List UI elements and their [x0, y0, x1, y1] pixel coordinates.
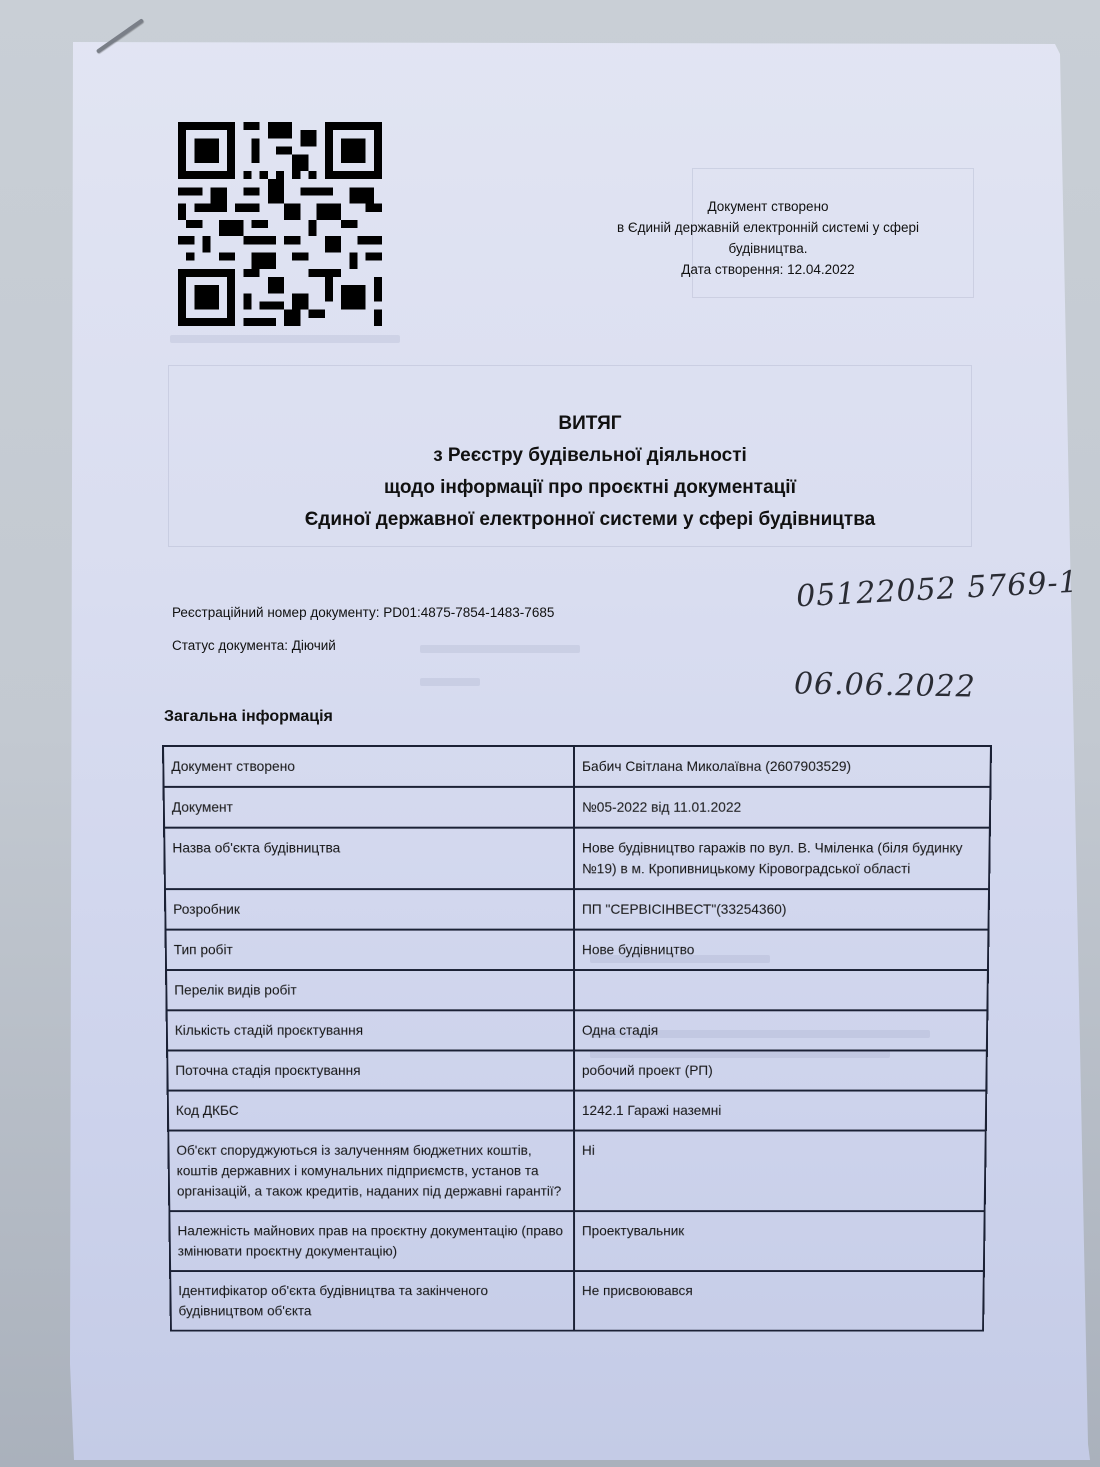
table-row: Ідентифікатор об'єкта будівництва та зак… — [170, 1271, 984, 1331]
row-value: 1242.1 Гаражі наземні — [574, 1091, 986, 1131]
title-line: щодо інформації про проєктні документаці… — [230, 472, 950, 504]
row-value: Бабич Світлана Миколаївна (2607903529) — [574, 746, 991, 787]
creation-note-line: Документ створено — [598, 196, 938, 217]
row-value — [574, 970, 988, 1010]
document-title: ВИТЯГ з Реєстру будівельної діяльності щ… — [230, 408, 950, 536]
table-row: РозробникПП "СЕРВІСІНВЕСТ"(33254360) — [165, 889, 989, 930]
row-label: Належність майнових прав на проєктну док… — [169, 1211, 574, 1271]
section-title-general-info: Загальна інформація — [164, 708, 333, 726]
row-label: Документ — [164, 787, 574, 828]
show-through-line — [420, 678, 480, 686]
show-through-line — [420, 645, 580, 653]
row-label: Кількість стадій проєктування — [167, 1010, 574, 1050]
registration-number: Реєстраційний номер документу: PD01:4875… — [172, 605, 554, 620]
show-through-line — [170, 335, 400, 343]
general-info-table: Документ створеноБабич Світлана Миколаїв… — [162, 745, 992, 1332]
document-status: Статус документа: Діючий — [172, 638, 336, 653]
row-value: Проектувальник — [574, 1211, 985, 1271]
table-row: Документ створеноБабич Світлана Миколаїв… — [163, 746, 991, 787]
creation-note: Документ створено в Єдиній державній еле… — [598, 196, 938, 280]
qr-code-icon — [178, 122, 382, 326]
row-label: Поточна стадія проєктування — [167, 1050, 574, 1090]
row-value: Одна стадія — [574, 1010, 987, 1050]
table-row: Документ№05-2022 від 11.01.2022 — [164, 787, 991, 828]
table-row: Поточна стадія проєктуванняробочий проек… — [167, 1050, 987, 1090]
row-value: Ні — [574, 1131, 986, 1212]
table-row: Кількість стадій проєктуванняОдна стадія — [167, 1010, 988, 1050]
creation-note-line: в Єдиній державній електронній системі у… — [598, 217, 938, 238]
table-row: Перелік видів робіт — [166, 970, 988, 1010]
title-line: Єдиної державної електронної системи у с… — [230, 504, 950, 536]
row-label: Об'єкт споруджуються із залученням бюдже… — [168, 1131, 574, 1212]
row-value: Нове будівництво — [574, 930, 988, 970]
creation-date: Дата створення: 12.04.2022 — [598, 259, 938, 280]
table-row: Належність майнових прав на проєктну док… — [169, 1211, 984, 1271]
row-label: Документ створено — [163, 746, 574, 787]
row-value: Нове будівництво гаражів по вул. В. Чміл… — [574, 828, 990, 889]
row-label: Код ДКБС — [168, 1091, 574, 1131]
row-value: робочий проект (РП) — [574, 1050, 987, 1090]
creation-note-line: будівництва. — [598, 238, 938, 259]
row-value: №05-2022 від 11.01.2022 — [574, 787, 990, 828]
title-line: з Реєстру будівельної діяльності — [230, 440, 950, 472]
table-row: Код ДКБС1242.1 Гаражі наземні — [168, 1091, 987, 1131]
table-row: Об'єкт споруджуються із залученням бюдже… — [168, 1131, 986, 1212]
title-line: ВИТЯГ — [230, 408, 950, 440]
handwritten-date: 06.06.2022 — [794, 666, 976, 704]
row-label: Ідентифікатор об'єкта будівництва та зак… — [170, 1271, 574, 1331]
table-row: Назва об'єкта будівництваНове будівництв… — [164, 828, 990, 889]
row-label: Перелік видів робіт — [166, 970, 574, 1010]
row-label: Тип робіт — [166, 930, 575, 970]
row-value: Не присвоювався — [574, 1271, 984, 1331]
row-label: Розробник — [165, 889, 574, 930]
table-row: Тип робітНове будівництво — [166, 930, 989, 970]
row-value: ПП "СЕРВІСІНВЕСТ"(33254360) — [574, 889, 989, 930]
row-label: Назва об'єкта будівництва — [164, 828, 574, 889]
